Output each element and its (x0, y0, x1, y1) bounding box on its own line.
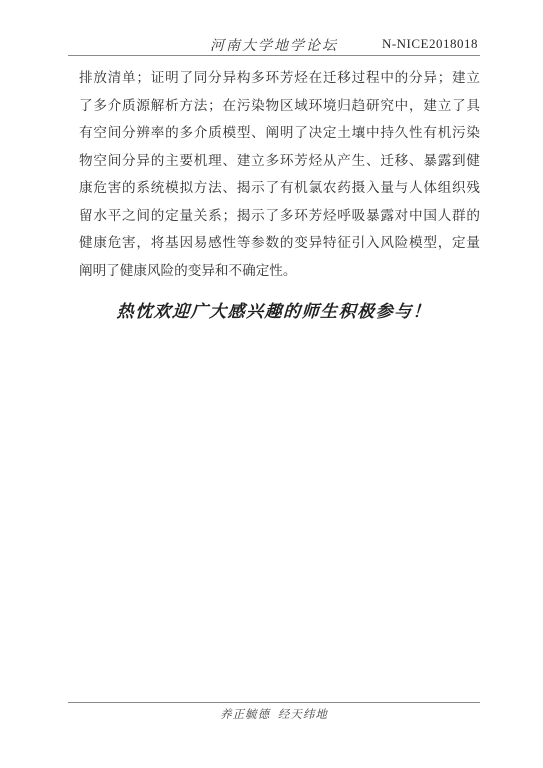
body-line: 留水平之间的定量关系；揭示了多环芳烃呼吸暴露对中国人群的 (79, 202, 480, 230)
body-line: 有空间分辨率的多介质模型、阐明了决定土壤中持久性有机污染 (79, 119, 480, 147)
invitation-slogan: 热忱欢迎广大感兴趣的师生积极参与！ (67, 297, 480, 322)
page-header: 河南大学地学论坛 N-NICE2018018 (68, 33, 480, 56)
page-footer: 养正毓德 经天纬地 (68, 702, 480, 722)
document-number: N-NICE2018018 (382, 36, 478, 52)
body-line: 了多介质源解析方法；在污染物区域环境归趋研究中，建立了具 (79, 92, 480, 120)
body-paragraph: 排放清单；证明了同分异构多环芳烃在迁移过程中的分异；建立 了多介质源解析方法；在… (79, 64, 480, 284)
body-line: 排放清单；证明了同分异构多环芳烃在迁移过程中的分异；建立 (79, 64, 480, 92)
body-line: 健康危害，将基因易感性等参数的变异特征引入风险模型，定量 (79, 229, 480, 257)
body-line: 康危害的系统模拟方法、揭示了有机氯农药摄入量与人体组织残 (79, 174, 480, 202)
document-page: 河南大学地学论坛 N-NICE2018018 排放清单；证明了同分异构多环芳烃在… (0, 0, 543, 768)
footer-motto: 养正毓德 经天纬地 (68, 706, 480, 722)
body-line: 物空间分异的主要机理、建立多环芳烃从产生、迁移、暴露到健 (79, 147, 480, 175)
body-line: 阐明了健康风险的变异和不确定性。 (79, 257, 480, 285)
